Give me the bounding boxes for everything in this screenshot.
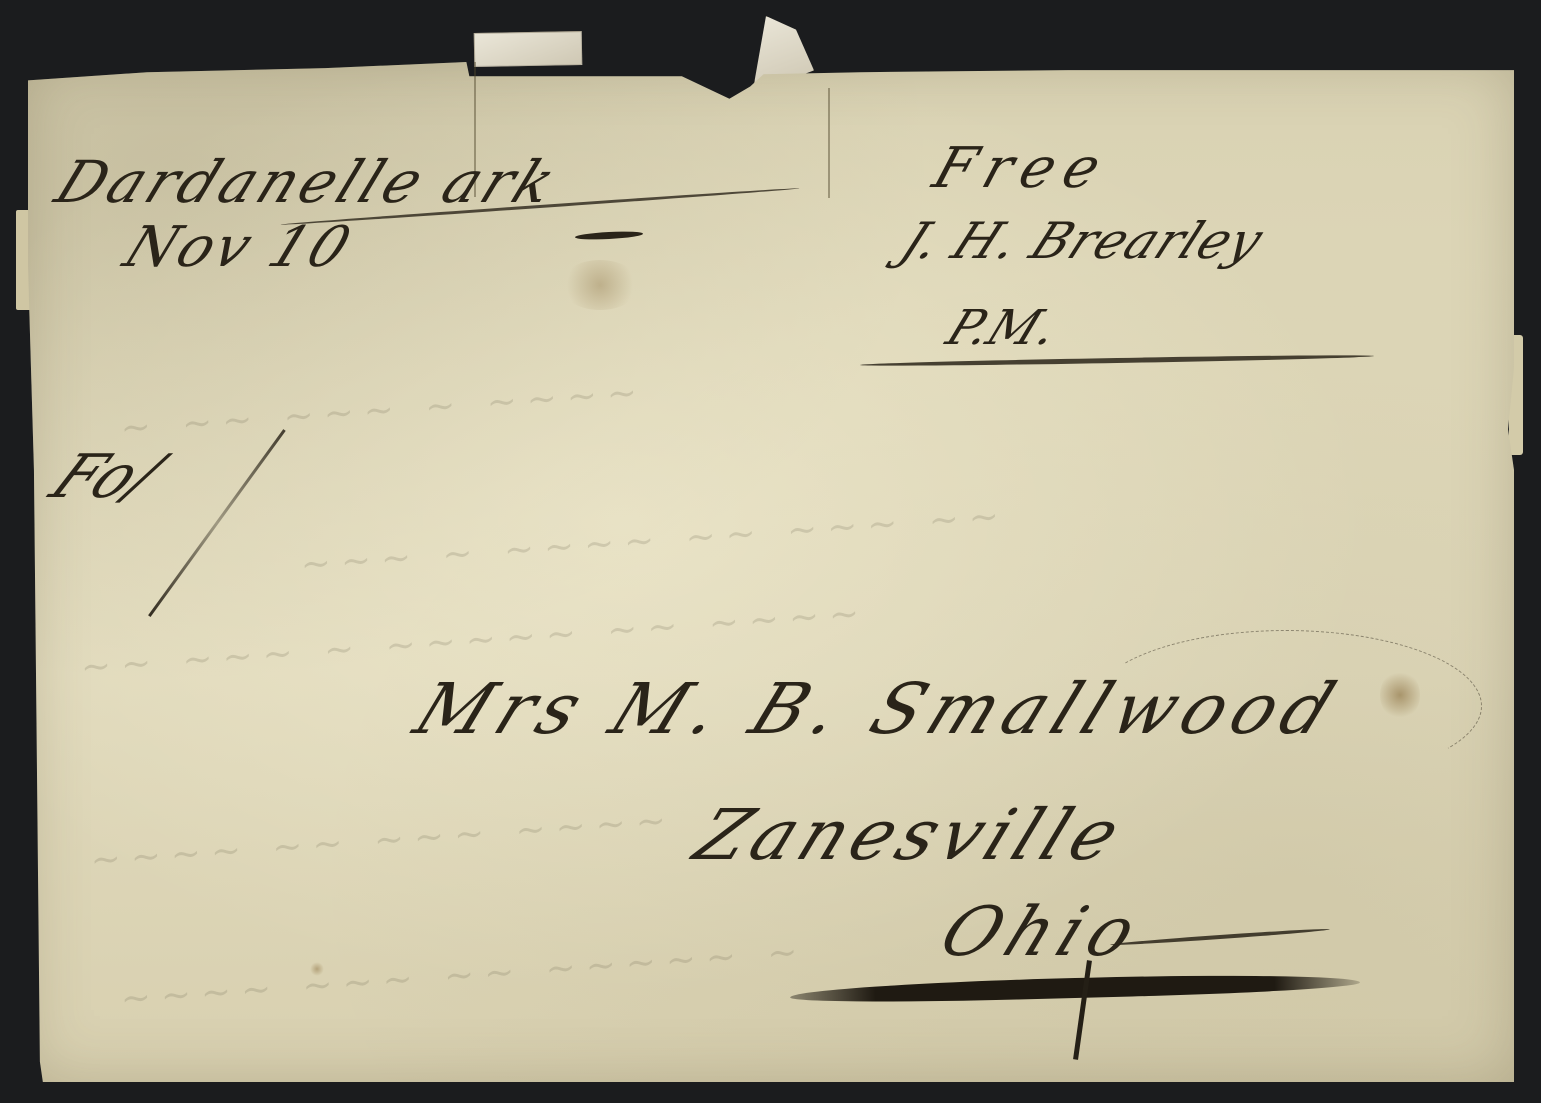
fold-crease-right (828, 88, 830, 198)
frank-word: Free (925, 136, 1118, 201)
seal-tear-tab (474, 31, 583, 67)
frank-title: P.M. (939, 300, 1068, 356)
postmark-date: Nov 10 (115, 215, 363, 280)
address-state: Ohio (929, 893, 1155, 972)
addressee-name: Mrs M. B. Smallwood (403, 668, 1353, 750)
foxing-stain (560, 260, 640, 310)
postmark-town: Dardanelle ark (46, 148, 569, 216)
document-scan: ~ ~~ ~~~ ~ ~~~~ ~~~ ~ ~~~~ ~~ ~~~ ~~ ~~ … (0, 0, 1541, 1103)
foxing-spot (310, 962, 324, 976)
frank-signature: J. H. Brearley (892, 212, 1273, 270)
address-city: Zanesville (683, 794, 1137, 876)
